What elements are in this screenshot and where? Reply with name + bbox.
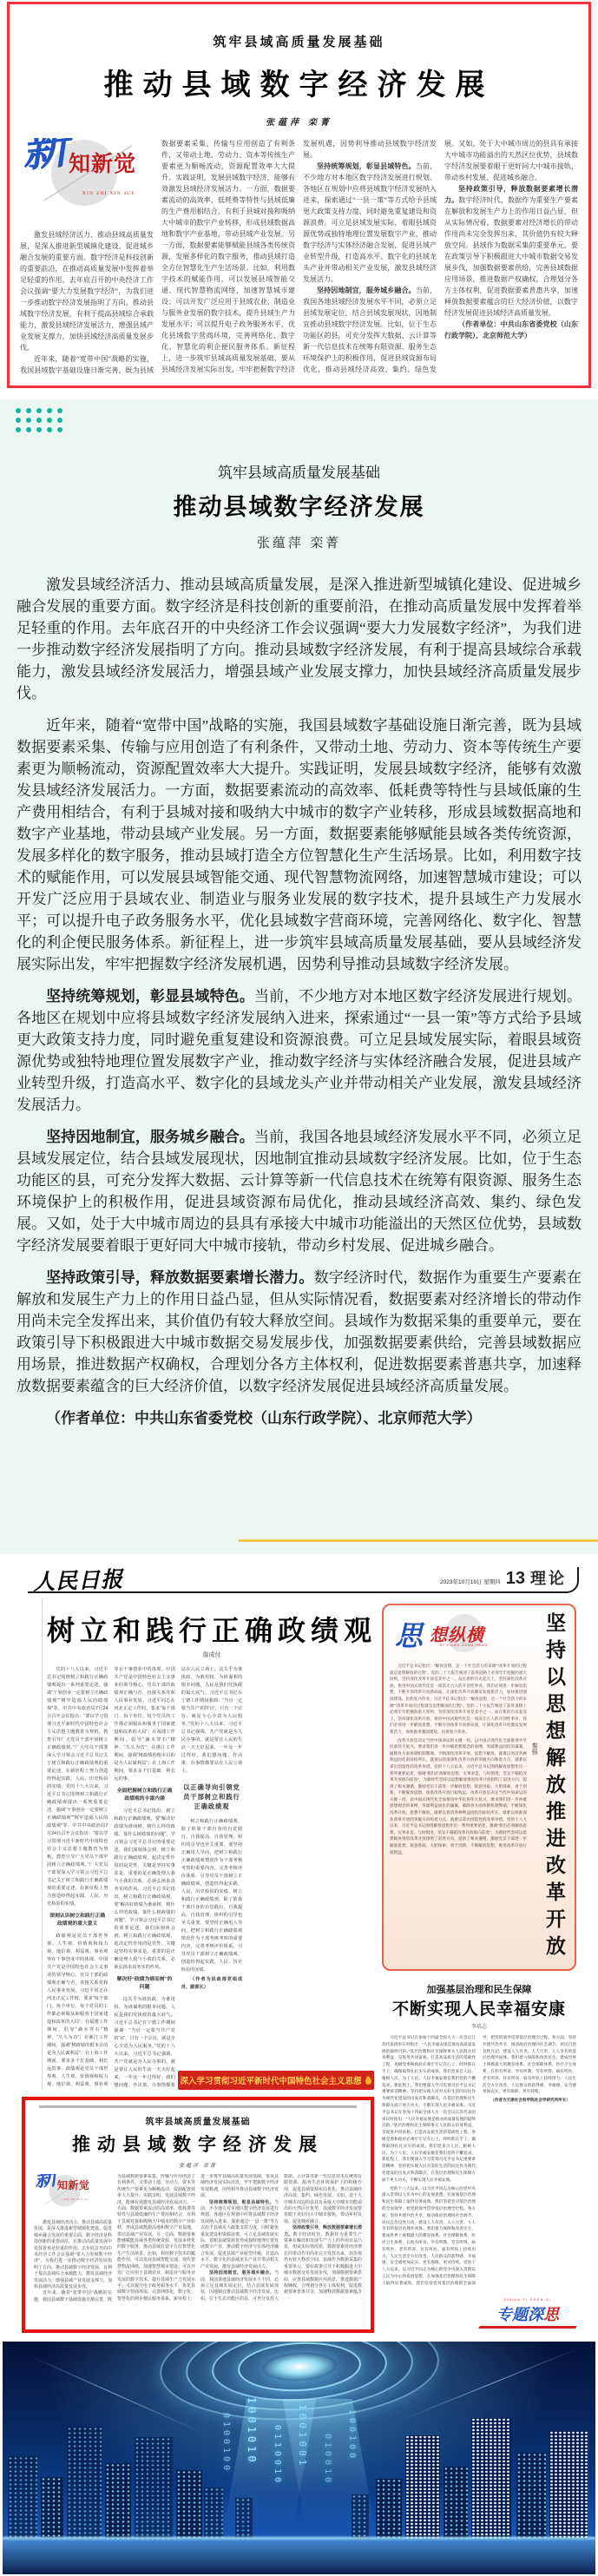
logo-underline <box>478 2326 577 2329</box>
building <box>444 2467 468 2540</box>
teal-dots-decoration <box>16 408 62 432</box>
logo-red-chars: 知新觉 <box>69 159 136 170</box>
page: 筑牢县域高质量发展基础 推动县域数字经济发展 张蕴萍 栾菁 新 知新觉 XIN … <box>0 0 598 2576</box>
logo-blue-char: 思 <box>395 1614 423 1654</box>
clipping-columns: 新 知新觉 XIN ZHI XIN JUE 激发县域经济活力、推动县域高质量发展… <box>20 138 578 379</box>
masthead-rule: 人民日报 2023年10月19日 星期四 13 理论 <box>28 1567 579 1593</box>
article2-author: 李培志 <box>382 2022 576 2030</box>
logo-red-chars: 想纵横 <box>430 1621 484 1646</box>
masthead-date: 2023年10月19日 星期四 <box>440 1578 501 1585</box>
clipping-kicker: 筑牢县域高质量发展基础 <box>10 32 588 50</box>
building <box>549 2431 588 2540</box>
featured-kicker: 筑牢县域高质量发展基础 <box>34 2114 362 2127</box>
main-headline: 树立和践行正确政绩观 <box>45 1609 378 1649</box>
featured-byline: 张蕴萍 栾菁 <box>34 2161 362 2169</box>
newspaper-page: 人民日报 2023年10月19日 星期四 13 理论 树立和践行正确政绩观 詹成… <box>7 1560 591 2342</box>
masthead-logo: 人民日报 <box>32 1562 123 1597</box>
building <box>41 2477 63 2540</box>
logo-caption: XIN ZHI XIN JUE <box>64 2198 89 2202</box>
sixiangzongheng-logo: 思 想纵横 SI XIANG ZONG HENG <box>390 1614 527 1657</box>
building <box>471 2418 511 2540</box>
featured-article-box: 筑牢县域高质量发展基础 推动县域数字经济发展 张蕴萍 栾菁 新 知新觉 XIN … <box>22 2097 374 2333</box>
article-section: 筑牢县域高质量发展基础 推动县域数字经济发展 张蕴萍 栾菁 激发县域经济活力、推… <box>0 399 598 1554</box>
xinzhixinjue-logo: 新 知新觉 XIN ZHI XIN JUE <box>20 138 154 225</box>
clipping-title: 推动县域数字经济发展 <box>10 61 588 103</box>
page-frame-line <box>42 1598 43 2090</box>
article2-kicker: 加强基层治理和民生保障 <box>382 1982 576 1996</box>
article-kicker: 筑牢县域高质量发展基础 <box>0 399 598 482</box>
logo-caption: SI XIANG ZONG HENG <box>440 1644 488 1647</box>
zhuantishensi-logo: ZHUAN TI SHEN SI 专题深思 <box>476 2298 580 2329</box>
article-title: 推动县域数字经济发展 <box>0 488 598 522</box>
logo-blue-chars: 专题深 <box>496 2306 543 2323</box>
building <box>67 2427 102 2540</box>
logo-red-chars: 知新觉 <box>57 2184 89 2188</box>
sixiang-vertical-title: 坚持以思想解放推进改革开放 <box>540 1612 568 1962</box>
building <box>376 2479 402 2540</box>
building <box>135 2437 173 2540</box>
building <box>405 2435 440 2540</box>
flame-icon <box>365 2075 372 2086</box>
logo-blue-char: 新 <box>21 141 69 157</box>
study-banner-text: 深入学习贯彻习近平新时代中国特色社会主义思想 <box>180 2074 361 2086</box>
sixiang-body: 习近平总书记指出：“解放思想，是一个社会活力的来源”“改革开放的过程就是思想解放… <box>390 1663 527 1855</box>
newspaper-clipping: 筑牢县域高质量发展基础 推动县域数字经济发展 张蕴萍 栾菁 新 知新觉 XIN … <box>7 2 591 388</box>
main-headline-author: 詹成付 <box>45 1650 378 1659</box>
page-number: 13 <box>506 1569 525 1589</box>
study-banner: 深入学习贯彻习近平新时代中国特色社会主义思想 <box>178 2071 374 2090</box>
clipping-byline: 张蕴萍 栾菁 <box>10 115 588 128</box>
featured-title: 推动县域数字经济发展 <box>34 2131 362 2157</box>
logo-red-char: 思 <box>543 2306 559 2323</box>
gold-divider <box>239 1539 598 1542</box>
logo-blue-char: 新 <box>35 2176 57 2181</box>
sixiangzongheng-box: 思 想纵横 SI XIANG ZONG HENG 习近平总书记指出：“解放思想，… <box>382 1604 576 1971</box>
logo-caption: XIN ZHI XIN JUE <box>82 188 135 200</box>
tech-city-image: 0100100100101001100101001001010010100100 <box>3 2342 595 2574</box>
article-body: 激发县域经济活力、推动县域高质量发展，是深入推进新型城镇化建设、促进城乡融合发展… <box>16 574 582 1429</box>
featured-gray-bar <box>39 2105 357 2108</box>
building <box>516 2453 546 2540</box>
building <box>204 2487 223 2540</box>
building <box>176 2470 202 2540</box>
featured-columns: 新 知新觉 XIN ZHI XIN JUE 激发县域经济活力、推动县域高质量发展… <box>34 2174 362 2304</box>
main-article-columns: 党的十八大以来，习近平总书记围绕树立和践行正确政绩观提出一系列重要论述，强调“干… <box>47 1666 377 2090</box>
article2-columns: 习近平总书记在参加十四届全国人大一次会议江苏代表团审议时指出：“人民幸福安康是推… <box>382 2034 576 2293</box>
logo-caption: ZHUAN TI SHEN SI <box>476 2298 580 2302</box>
section-name: 理论 <box>530 1566 567 1589</box>
masthead-right: 2023年10月19日 星期四 13 理论 <box>440 1566 567 1589</box>
sixiang-vertical-author: 秦强 <box>529 1743 538 1962</box>
xinzhixinjue-logo: 新 知新觉 XIN ZHI XIN JUE <box>34 2174 112 2216</box>
building <box>352 2494 369 2540</box>
sixiang-left: 思 想纵横 SI XIANG ZONG HENG 习近平总书记指出：“解放思想，… <box>390 1612 527 1962</box>
article2-title: 不断实现人民幸福安康 <box>382 1996 576 2019</box>
building <box>235 2498 253 2540</box>
article-byline: 张蕴萍 栾菁 <box>0 533 598 551</box>
city-ground <box>3 2538 595 2574</box>
building <box>105 2463 131 2540</box>
building <box>8 2456 37 2540</box>
